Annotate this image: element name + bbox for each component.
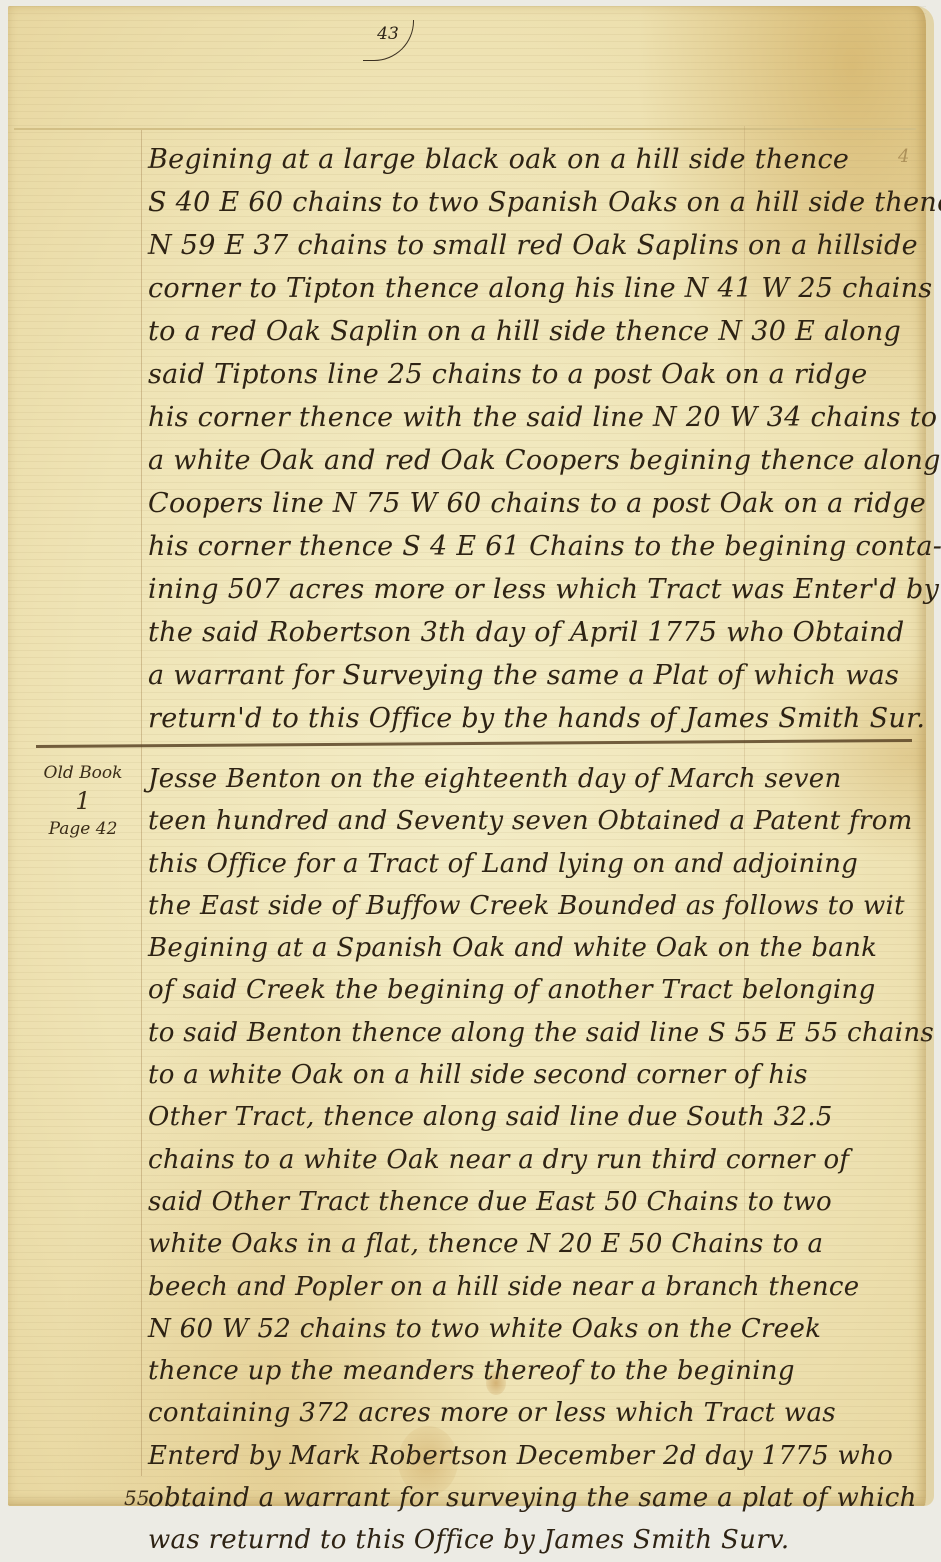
entry-line: corner to Tipton thence along his line N… [148,267,938,310]
entry-line: the East side of Buffow Creek Bounded as… [148,885,938,927]
entry-benton-tract: Jesse Benton on the eighteenth day of Ma… [148,758,938,1526]
page-number: 43 [363,20,414,61]
entry-line: return'd to this Office by the hands of … [148,697,938,740]
ledger-page: 43 4 Begining at a large black oak on a … [8,6,934,1506]
margin-page-label: Page 42 [28,814,138,844]
entry-robertson-tract: Begining at a large black oak on a hill … [148,138,938,740]
entry-line: was returnd to this Office by James Smit… [148,1519,938,1526]
entry-line: of said Creek the begining of another Tr… [148,969,938,1011]
entry-line: his corner thence with the said line N 2… [148,396,938,439]
margin-book-label: Old Book [28,758,138,788]
entry-line: said Tiptons line 25 chains to a post Oa… [148,353,938,396]
entry-line: thence up the meanders thereof to the be… [148,1350,938,1392]
margin-book-number: 1 [28,788,138,814]
entry-line: S 40 E 60 chains to two Spanish Oaks on … [148,181,938,224]
entry-line: to a white Oak on a hill side second cor… [148,1054,938,1096]
entry-line: chains to a white Oak near a dry run thi… [148,1139,938,1181]
entry-line: the said Robertson 3th day of April 1775… [148,611,938,654]
top-rule [14,128,916,130]
entry-line: N 59 E 37 chains to small red Oak Saplin… [148,224,938,267]
entry-line: to a red Oak Saplin on a hill side thenc… [148,310,938,353]
entry-line: Other Tract, thence along said line due … [148,1096,938,1138]
entry-line: his corner thence S 4 E 61 Chains to the… [148,525,938,568]
entry-line: Begining at a Spanish Oak and white Oak … [148,927,938,969]
entry-line: a white Oak and red Oak Coopers begining… [148,439,938,482]
entry-line: a warrant for Surveying the same a Plat … [148,654,938,697]
entry-line: white Oaks in a flat, thence N 20 E 50 C… [148,1223,938,1265]
entry-line: Enterd by Mark Robertson December 2d day… [148,1435,938,1477]
entry-line: Coopers line N 75 W 60 chains to a post … [148,482,938,525]
entry-line: Begining at a large black oak on a hill … [148,138,938,181]
entry-line: obtaind a warrant for surveying the same… [148,1477,938,1519]
entry-line: teen hundred and Seventy seven Obtained … [148,800,938,842]
margin-rule [141,130,142,1476]
bottom-margin-mark: 55 [124,1486,149,1510]
entry-line: ining 507 acres more or less which Tract… [148,568,938,611]
entry-line: this Office for a Tract of Land lying on… [148,843,938,885]
entry-line: containing 372 acres more or less which … [148,1392,938,1434]
entry-line: said Other Tract thence due East 50 Chai… [148,1181,938,1223]
entry-line: Jesse Benton on the eighteenth day of Ma… [148,758,938,800]
margin-reference: Old Book 1 Page 42 [28,758,138,844]
entry-line: to said Benton thence along the said lin… [148,1012,938,1054]
entry-line: beech and Popler on a hill side near a b… [148,1266,938,1308]
section-divider [36,739,912,748]
entry-line: N 60 W 52 chains to two white Oaks on th… [148,1308,938,1350]
